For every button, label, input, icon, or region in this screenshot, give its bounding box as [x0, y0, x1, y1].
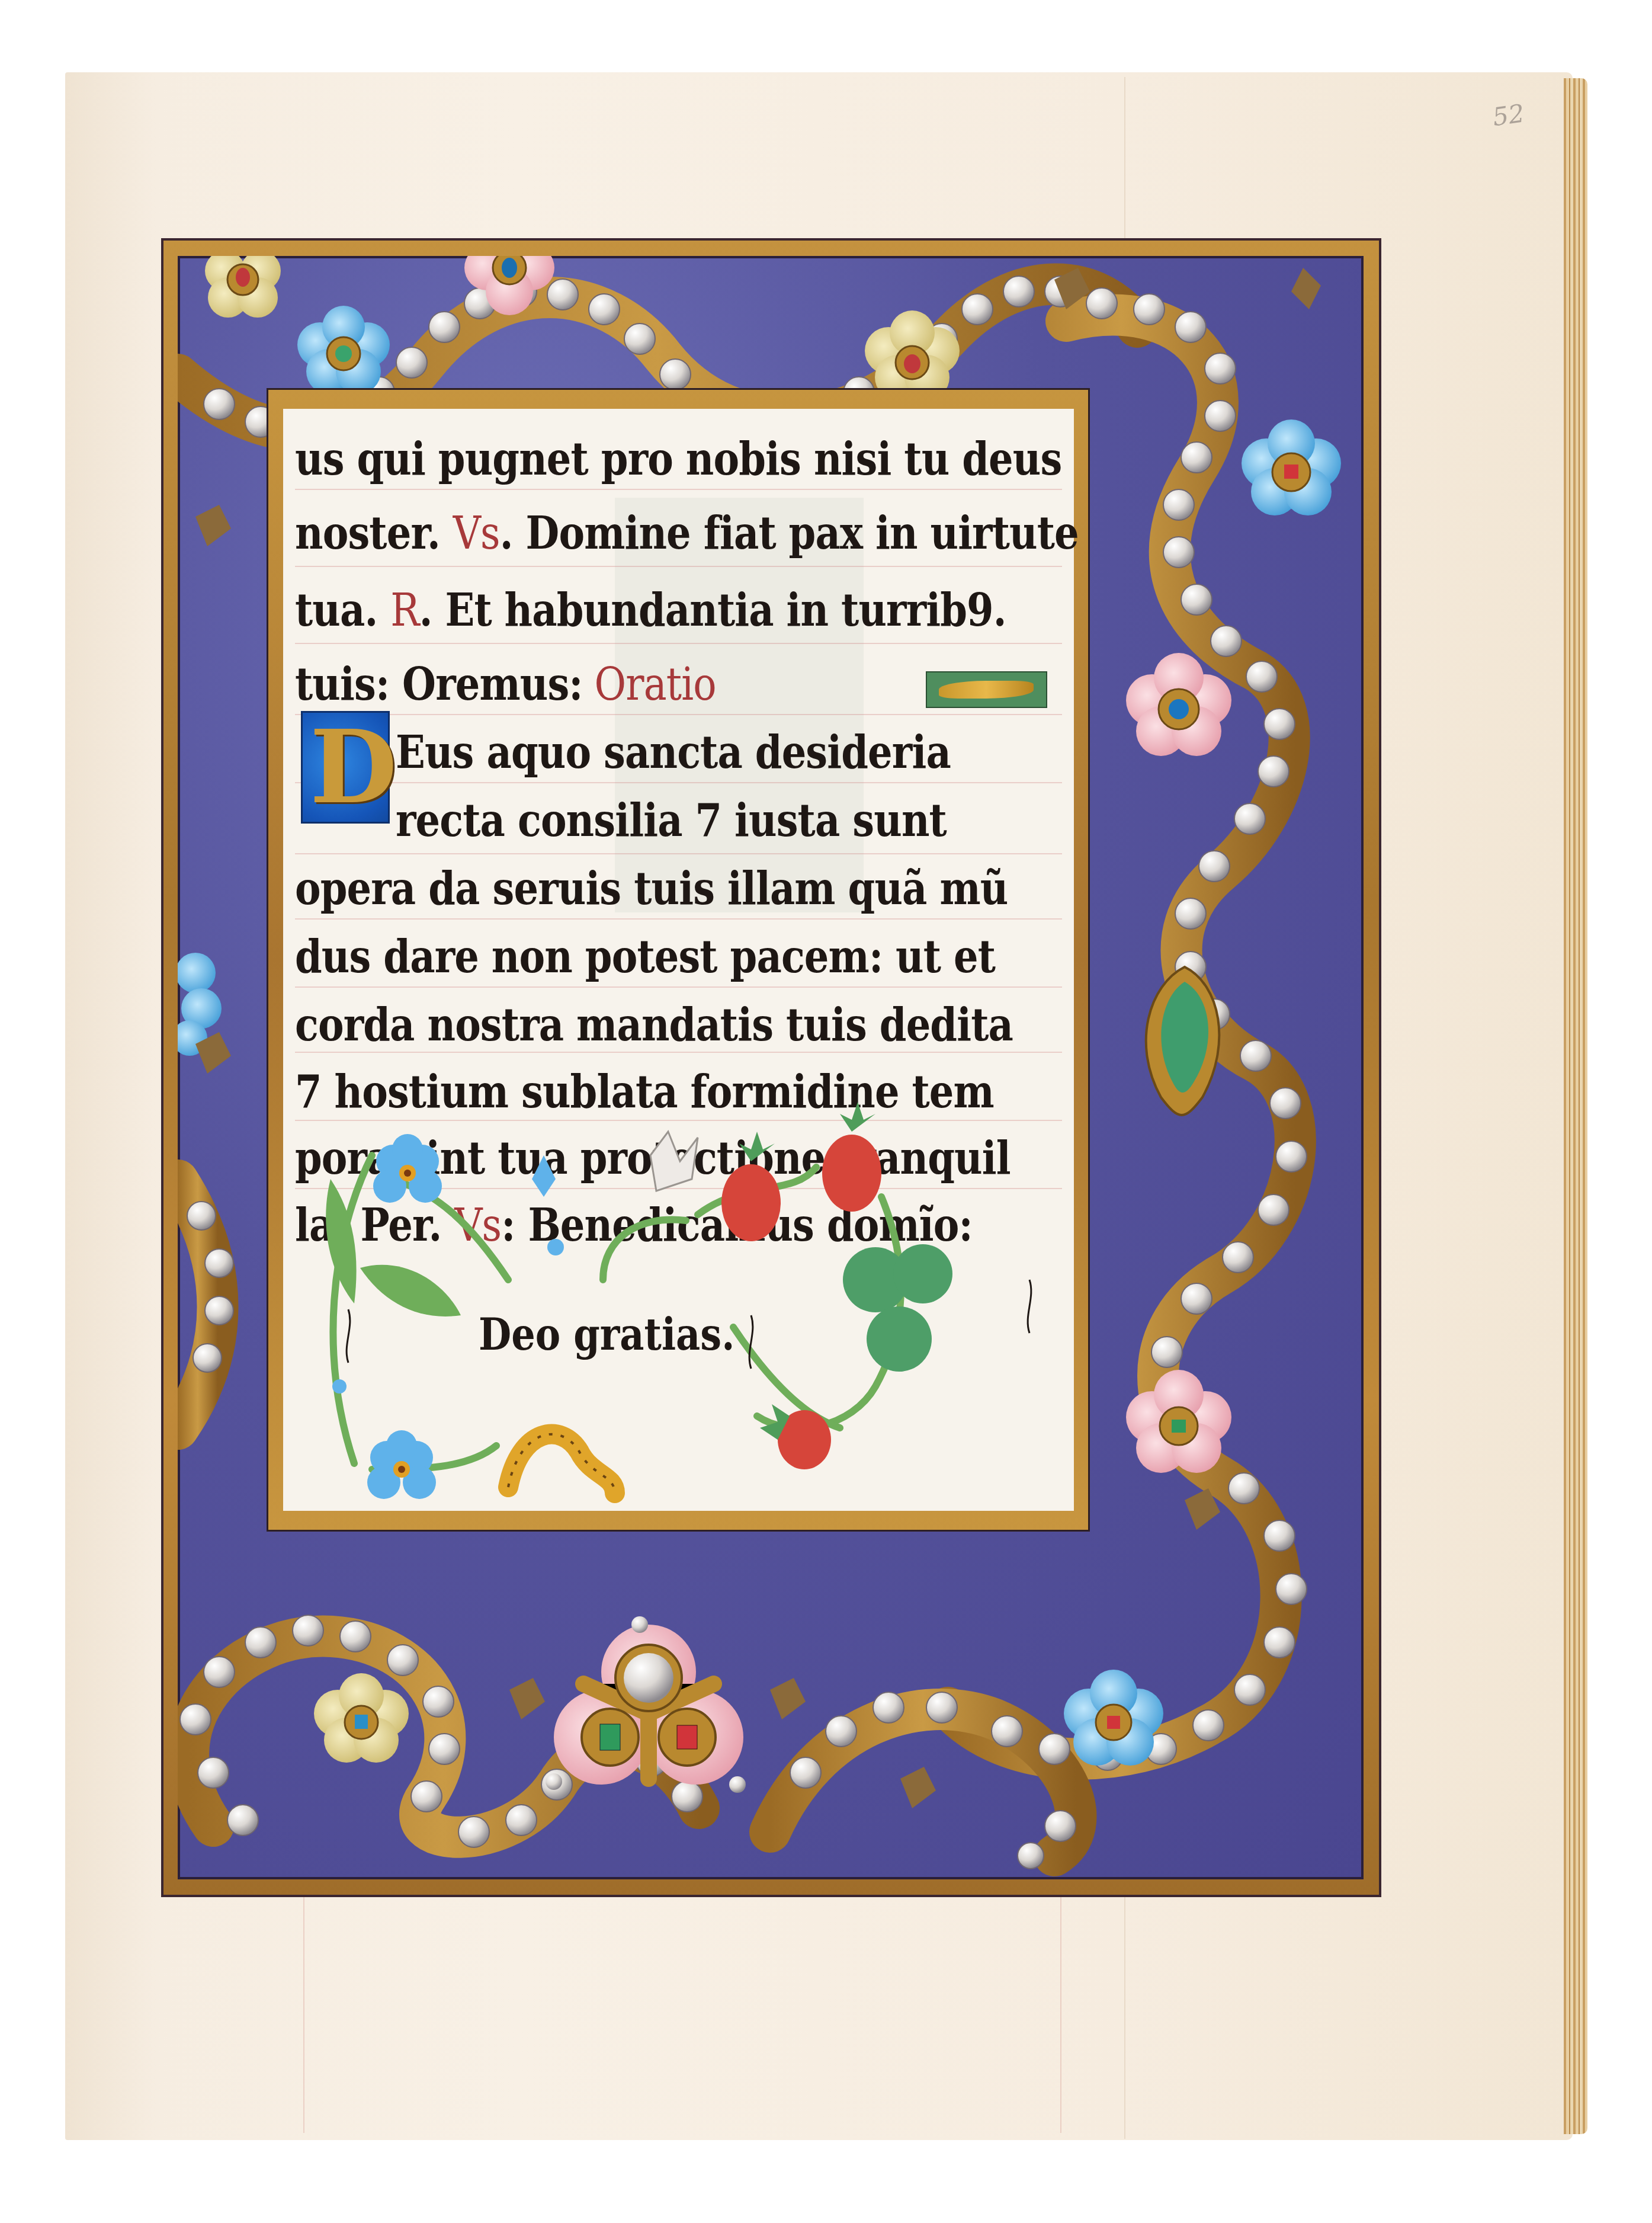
forget-me-not-icon: [367, 1430, 436, 1499]
caterpillar-icon: [508, 1434, 615, 1493]
ruling-line: [1060, 1896, 1061, 2133]
blue-enamel-flower-icon: [297, 306, 390, 394]
text-block: us qui pugnet pro nobis nisi tu deus nos…: [283, 409, 1074, 1511]
green-leaf-pendant-icon: [1146, 967, 1220, 1115]
marginal-drollery: [283, 409, 1074, 1511]
forget-me-not-icon: [373, 1134, 442, 1203]
strawberry-leaf-icon: [843, 1244, 952, 1372]
folio-number: 52: [1491, 99, 1526, 132]
page-edges: [1564, 78, 1587, 2134]
white-flower-icon: [650, 1132, 698, 1191]
blue-enamel-flower-icon: [1064, 1670, 1163, 1766]
yellow-enamel-flower-icon: [205, 256, 281, 318]
trefoil-jewel-icon: [546, 1616, 746, 1793]
yellow-enamel-flower-icon: [314, 1673, 409, 1763]
ruling-line: [303, 1896, 304, 2133]
blue-enamel-flower-icon: [1242, 419, 1341, 515]
